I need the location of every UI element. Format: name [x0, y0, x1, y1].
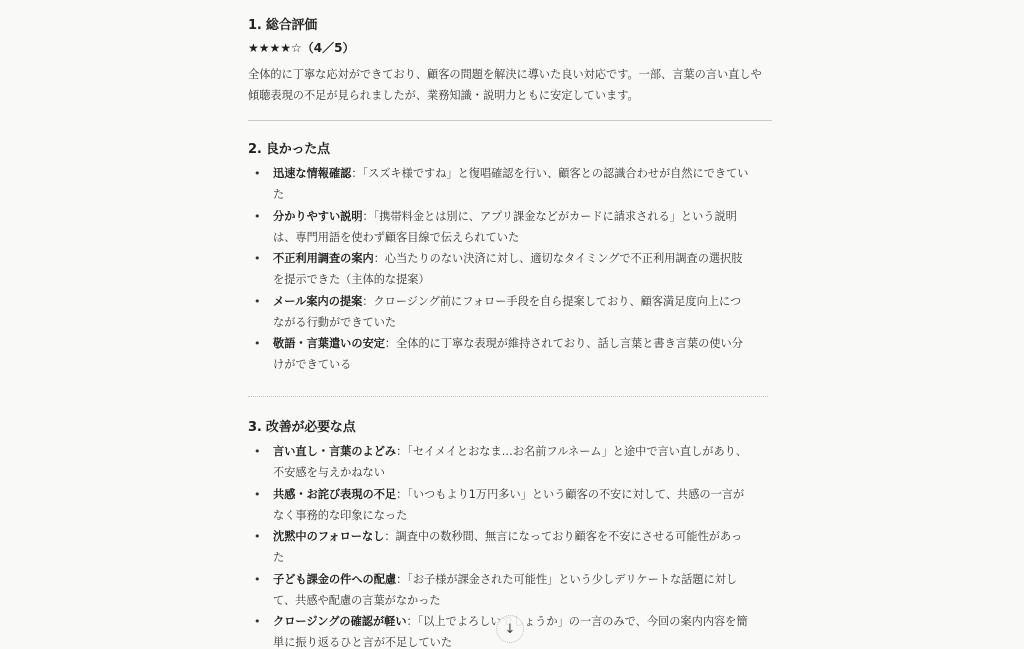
scroll-to-bottom-button[interactable]: ↓ — [496, 615, 524, 643]
bullet-icon: • — [254, 333, 261, 354]
good-points-list: •迅速な情報確認：「スズキ様ですね」と復唱確認を行い、顧客との認識合わせが自然に… — [248, 163, 772, 376]
section-divider-dotted — [248, 396, 768, 397]
bullet-icon: • — [254, 569, 261, 590]
list-item: •分かりやすい説明：「携帯料金とは別に、アプリ課金などがカードに請求される」とい… — [248, 206, 772, 248]
section-title-good-points: 2. 良かった点 — [248, 138, 330, 157]
star-rating: ★★★★☆（4／5） — [248, 39, 355, 56]
bullet-icon: • — [254, 441, 261, 462]
item-term: 共感・お詫び表現の不足 — [273, 488, 396, 501]
list-item: •メール案内の提案：クロージング前にフォロー手段を自ら提案しており、顧客満足度向… — [248, 291, 772, 333]
section-title-improvements: 3. 改善が必要な点 — [248, 416, 356, 435]
section-title-overall: 1. 総合評価 — [248, 14, 317, 33]
list-item: •迅速な情報確認：「スズキ様ですね」と復唱確認を行い、顧客との認識合わせが自然に… — [248, 163, 772, 205]
item-term: メール案内の提案 — [273, 295, 362, 308]
list-item: •言い直し・言葉のよどみ：「セイメイとおなま…お名前フルネーム」と途中で言い直し… — [248, 441, 772, 483]
item-term: 子ども課金の件への配慮 — [273, 573, 396, 586]
bullet-icon: • — [254, 163, 261, 184]
list-item: •敬語・言葉遣いの安定：全体的に丁寧な表現が維持されており、話し言葉と書き言葉の… — [248, 333, 772, 375]
item-term: 沈黙中のフォローなし — [273, 530, 384, 543]
item-term: 分かりやすい説明 — [273, 210, 363, 223]
item-term: 敬語・言葉遣いの安定 — [273, 337, 385, 350]
item-term: 不正利用調査の案内 — [273, 252, 374, 265]
list-item: •不正利用調査の案内：心当たりのない決済に対し、適切なタイミングで不正利用調査の… — [248, 248, 772, 290]
bullet-icon: • — [254, 611, 261, 632]
overall-summary: 全体的に丁寧な応対ができており、顧客の問題を解決に導いた良い対応です。一部、言葉… — [248, 64, 772, 106]
arrow-down-icon: ↓ — [505, 622, 516, 637]
item-term: 言い直し・言葉のよどみ — [273, 445, 396, 458]
section-divider — [248, 120, 772, 121]
item-term: 迅速な情報確認 — [273, 167, 351, 180]
bullet-icon: • — [254, 526, 261, 547]
list-item: •子ども課金の件への配慮：「お子様が課金された可能性」という少しデリケートな話題… — [248, 569, 772, 611]
bullet-icon: • — [254, 248, 261, 269]
bullet-icon: • — [254, 484, 261, 505]
bullet-icon: • — [254, 206, 261, 227]
item-term: クロージングの確認が軽い — [273, 615, 407, 628]
bullet-icon: • — [254, 291, 261, 312]
list-item: •沈黙中のフォローなし：調査中の数秒間、無言になっており顧客を不安にさせる可能性… — [248, 526, 772, 568]
list-item: •共感・お詫び表現の不足：「いつもより1万円多い」という顧客の不安に対して、共感… — [248, 484, 772, 526]
